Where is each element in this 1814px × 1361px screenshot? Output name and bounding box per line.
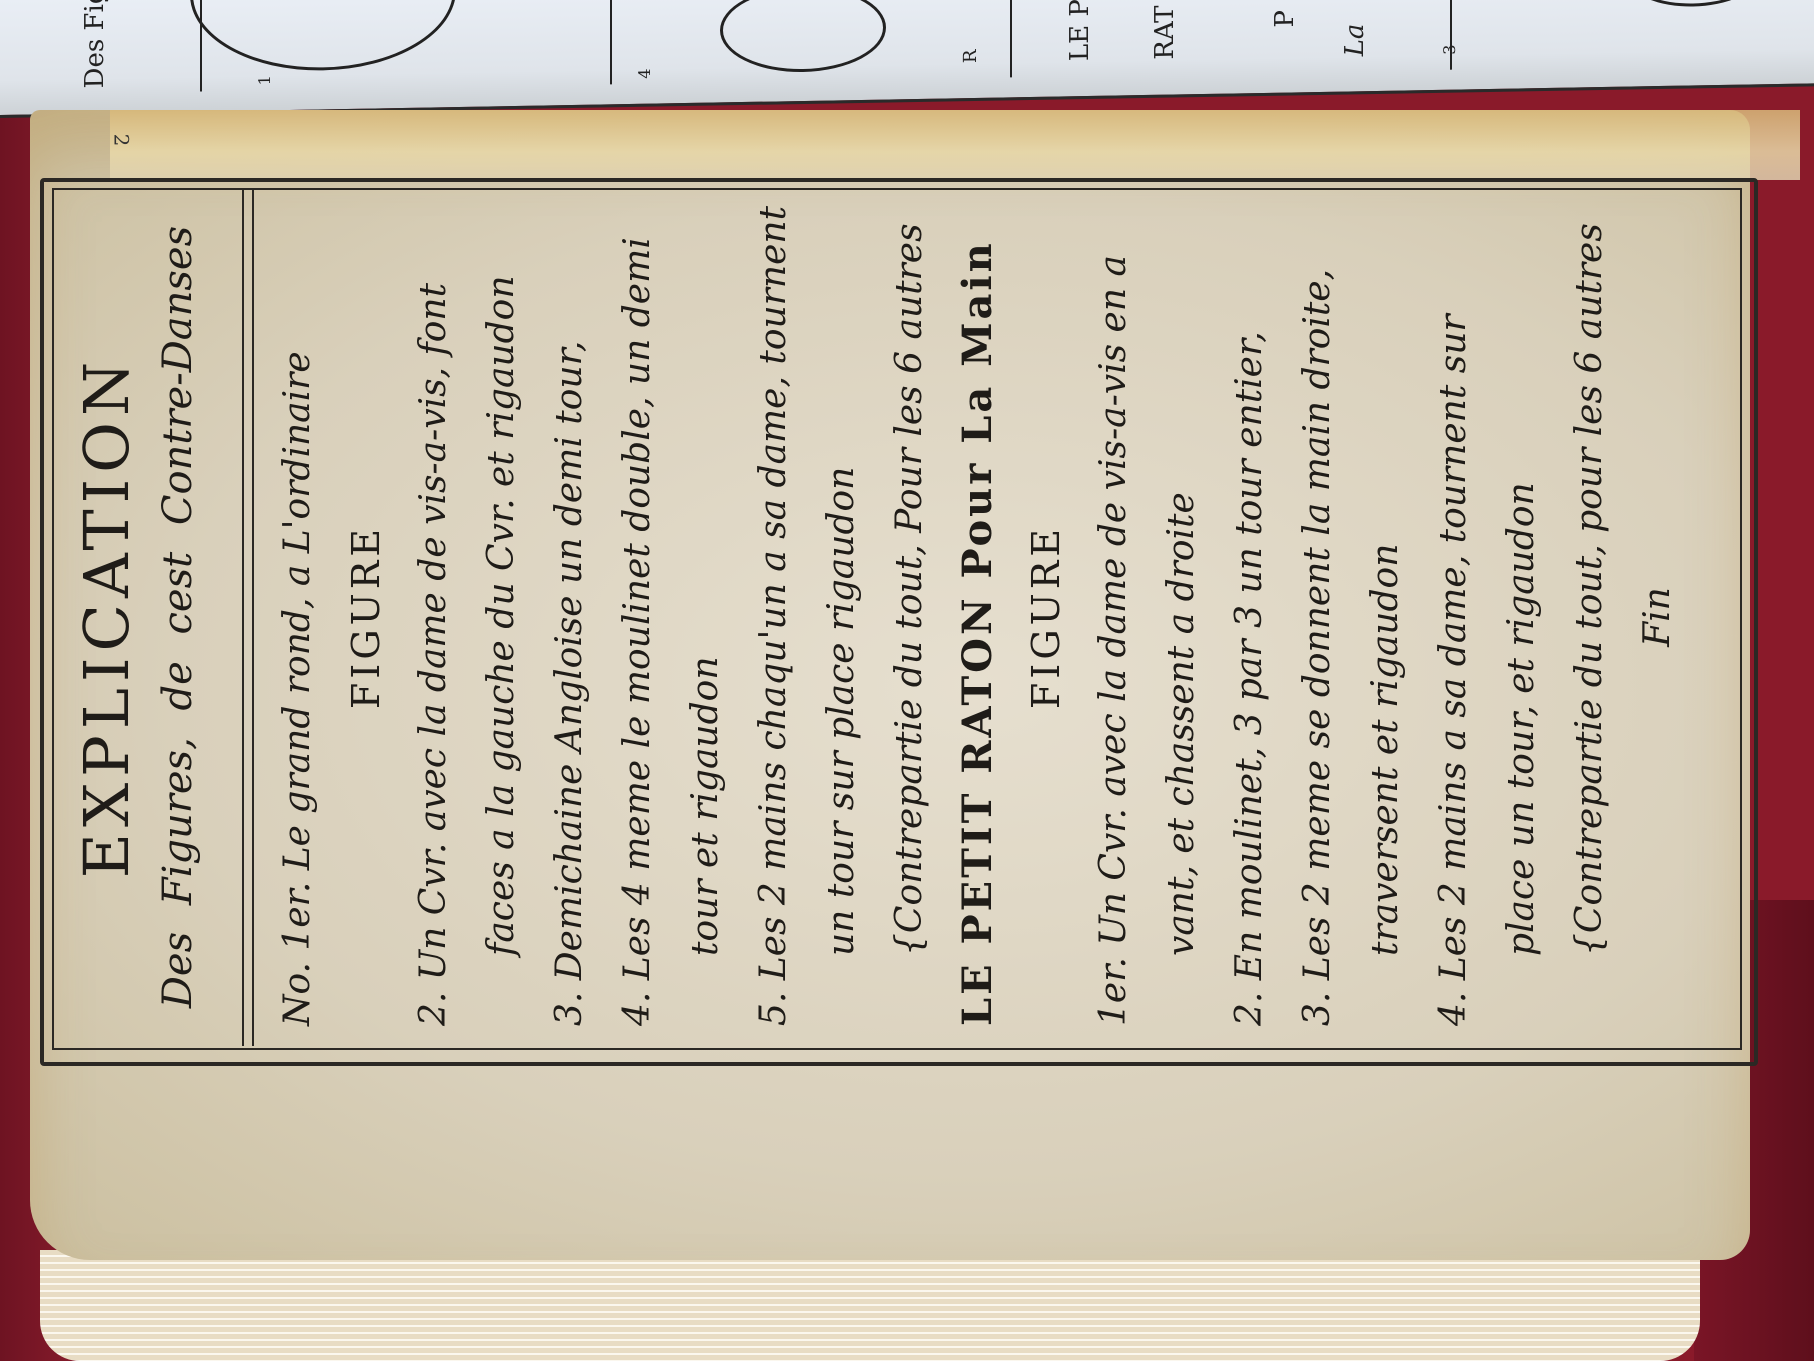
plate-divider <box>610 0 612 84</box>
section-heading: FIGURE <box>1012 208 1080 1026</box>
plate-divider <box>1450 0 1452 70</box>
text-line: {Contrepartie du tout, Pour les 6 autres <box>876 208 944 1026</box>
title-box: EXPLICATION Des Figures, de cest Contre-… <box>52 188 244 1046</box>
plate-divider <box>1010 0 1012 77</box>
text-line: faces a la gauche du Cvr. et rigaudon <box>468 208 536 1026</box>
text-line: 3. Les 2 meme se donnent la main droite, <box>1284 208 1352 1026</box>
end-mark: Fin <box>1624 208 1692 1026</box>
text-line: {Contrepartie du tout, pour les 6 autres <box>1556 208 1624 1026</box>
text-line: place un tour, et rigaudon <box>1488 208 1556 1026</box>
plate-label: Des Fig <box>80 0 110 89</box>
plate-label: 3 <box>1440 44 1459 55</box>
plate-label: La <box>1340 23 1370 56</box>
section-heading: FIGURE <box>332 208 400 1026</box>
plate-label: 1 <box>255 75 274 86</box>
book-page-edges <box>40 1250 1700 1361</box>
page-title: EXPLICATION <box>70 188 143 1046</box>
page-number: 2 <box>109 134 133 147</box>
text-line: traversent et rigaudon <box>1352 208 1420 1026</box>
text-line: 2. Un Cvr. avec la dame de vis-a-vis, fo… <box>400 208 468 1026</box>
page-gutter <box>110 110 1800 180</box>
text-line: 5. Les 2 mains chaqu'un a sa dame, tourn… <box>740 208 808 1026</box>
text-line: tour et rigaudon <box>672 208 740 1026</box>
text-line: No. 1er. Le grand rond, a L'ordinaire <box>264 208 332 1026</box>
plate-label: RAT <box>1150 5 1180 60</box>
folded-plate-sheet: Des Fig 1 4 R LE P RAT P La 3 <box>0 0 1814 118</box>
text-line: 4. Les 4 meme le moulinet double, un dem… <box>604 208 672 1026</box>
plate-label: R <box>960 49 981 63</box>
page-content: EXPLICATION Des Figures, de cest Contre-… <box>52 188 1738 1046</box>
text-line: 4. Les 2 mains a sa dame, tournent sur <box>1420 208 1488 1026</box>
text-line: 3. Demichaine Angloise un demi tour, <box>536 208 604 1026</box>
dance-figure-diagram <box>1630 0 1756 8</box>
plate-label: 4 <box>635 68 654 79</box>
text-line: 1er. Un Cvr. avec la dame de vis-a-vis e… <box>1080 208 1148 1026</box>
page-subtitle: Des Figures, de cest Contre-Danses <box>155 188 201 1046</box>
plate-label: LE P <box>1065 0 1095 61</box>
figures-text: No. 1er. Le grand rond, a L'ordinaire FI… <box>252 188 1722 1046</box>
text-line: un tour sur place rigaudon <box>808 208 876 1026</box>
plate-label: P <box>1270 10 1300 28</box>
dance-figure-diagram <box>720 0 886 73</box>
dance-figure-diagram <box>190 0 456 73</box>
text-line: vant, et chassent a droite <box>1148 208 1216 1026</box>
dance-title: LE PETIT RATON Pour La Main <box>944 208 1012 1026</box>
text-line: 2. En moulinet, 3 par 3 un tour entier, <box>1216 208 1284 1026</box>
